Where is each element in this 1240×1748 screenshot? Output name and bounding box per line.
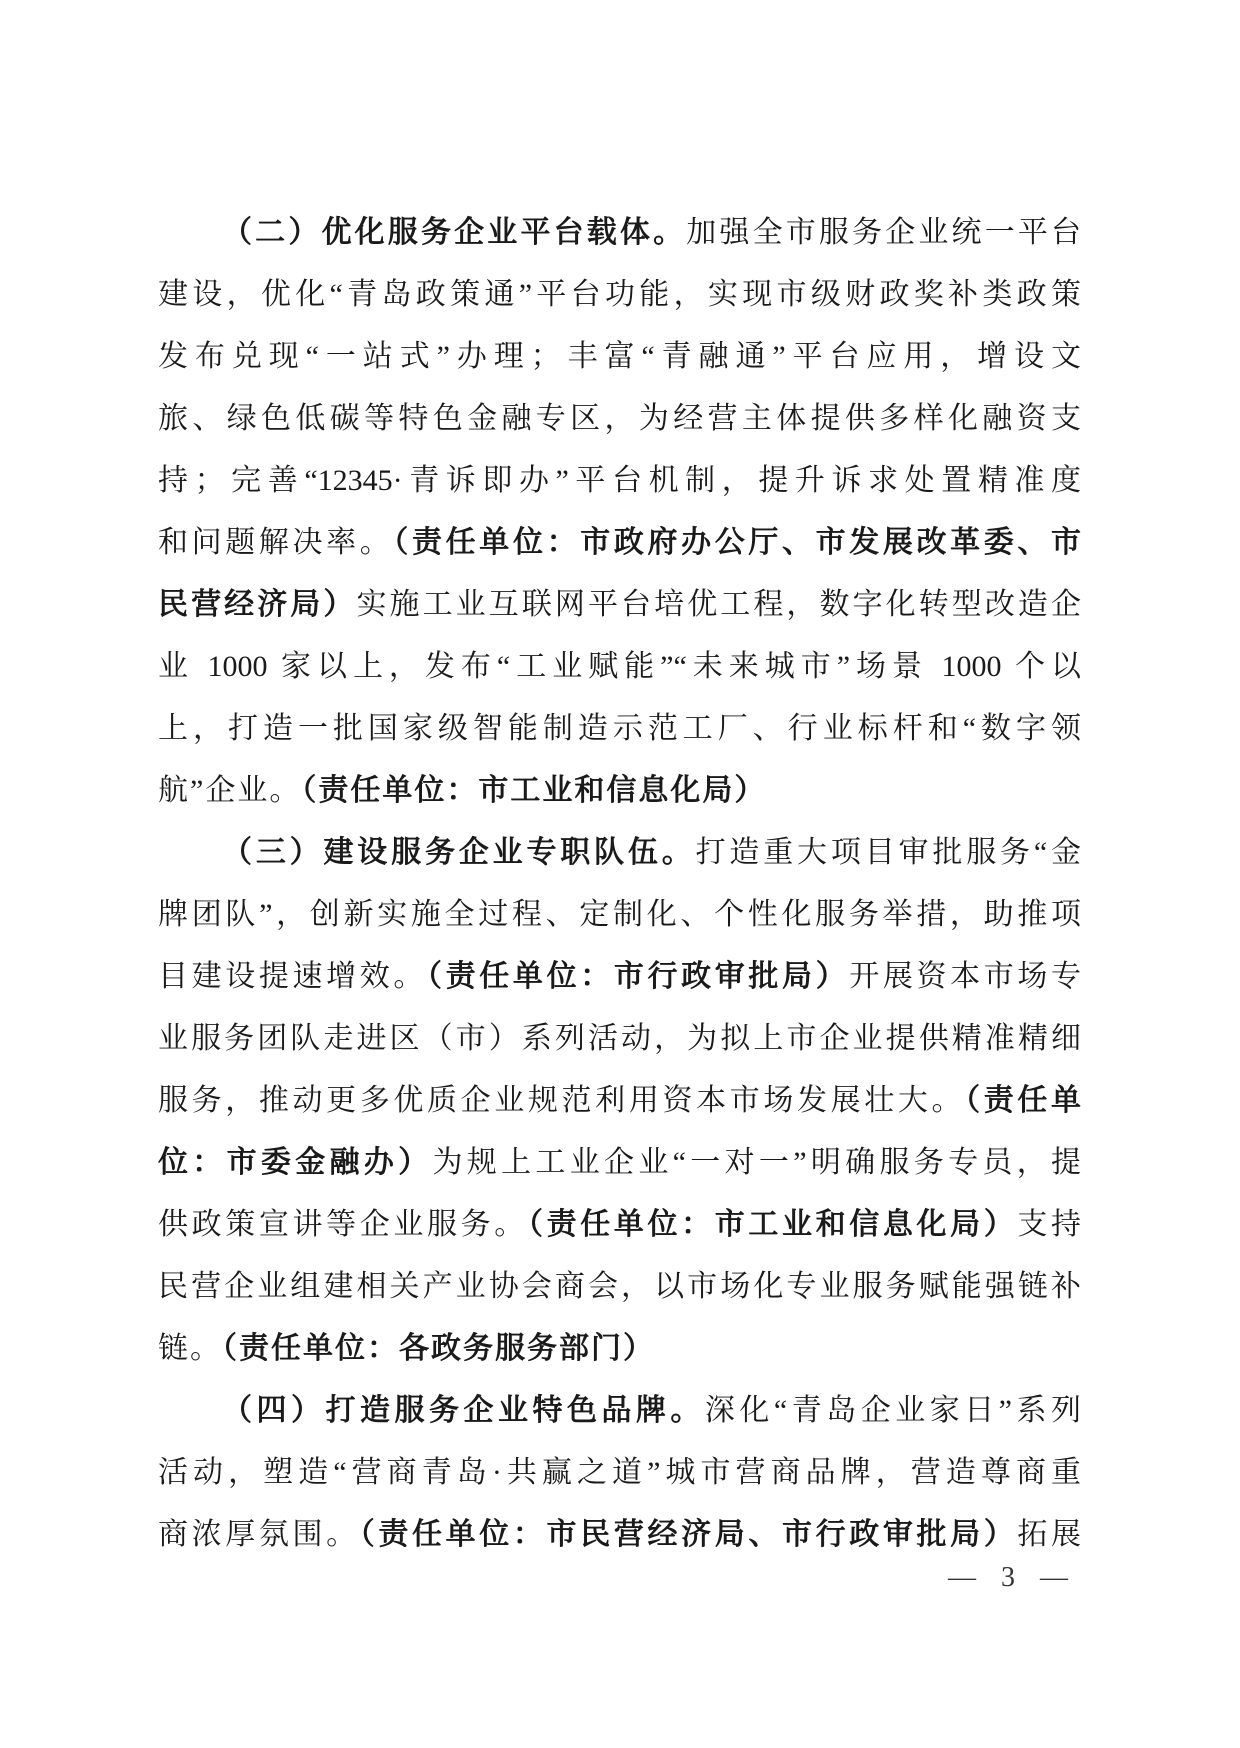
document-line: 上，打造一批国家级智能制造示范工厂、行业标杆和“数字领 bbox=[158, 698, 1081, 760]
body-text-run: 打造重大项目审批服务“金 bbox=[696, 836, 1081, 869]
document-line: 供政策宣讲等企业服务。（责任单位：市工业和信息化局）支持 bbox=[158, 1194, 1081, 1256]
document-page: （二）优化服务企业平台载体。加强全市服务企业统一平台建设，优化“青岛政策通”平台… bbox=[0, 0, 1240, 1748]
document-line: 旅、绿色低碳等特色金融专区，为经营主体提供多样化融资支 bbox=[158, 388, 1081, 450]
document-line: 建设，优化“青岛政策通”平台功能，实现市级财政奖补类政策 bbox=[158, 264, 1081, 326]
body-text-run: 加强全市服务企业统一平台 bbox=[686, 216, 1081, 249]
emphasis-text-run: （责任单位：市工业和信息化局） bbox=[528, 1208, 1017, 1241]
emphasis-text-run: （责任单位：市政府办公厅、市发展改革委、市 bbox=[393, 526, 1081, 559]
body-text-run: 支持 bbox=[1017, 1208, 1081, 1241]
page-number: — 3 — bbox=[948, 1562, 1077, 1594]
emphasis-text-run: （责任单位：各政务服务部门） bbox=[222, 1332, 655, 1365]
paragraph-2: （二）优化服务企业平台载体。加强全市服务企业统一平台建设，优化“青岛政策通”平台… bbox=[158, 202, 1081, 822]
paragraph-3: （三）建设服务企业专职队伍。打造重大项目审批服务“金牌团队”，创新实施全过程、定… bbox=[158, 822, 1081, 1380]
document-body: （二）优化服务企业平台载体。加强全市服务企业统一平台建设，优化“青岛政策通”平台… bbox=[158, 202, 1081, 1566]
document-line: （二）优化服务企业平台载体。加强全市服务企业统一平台 bbox=[158, 202, 1081, 264]
document-line: 和问题解决率。（责任单位：市政府办公厅、市发展改革委、市 bbox=[158, 512, 1081, 574]
body-text-run: 发布兑现“一站式”办理；丰富“青融通”平台应用，增设文 bbox=[158, 340, 1081, 373]
document-line: 业 1000 家以上，发布“工业赋能”“未来城市”场景 1000 个以 bbox=[158, 636, 1081, 698]
emphasis-text-run: （责任单位：市行政审批局） bbox=[427, 960, 849, 993]
document-line: 发布兑现“一站式”办理；丰富“青融通”平台应用，增设文 bbox=[158, 326, 1081, 388]
body-text-run: 民营企业组建相关产业协会商会，以市场化专业服务赋能强链补 bbox=[158, 1270, 1081, 1303]
document-line: 业服务团队走进区（市）系列活动，为拟上市企业提供精准精细 bbox=[158, 1008, 1081, 1070]
body-text-run: 持；完善“12345·青诉即办”平台机制，提升诉求处置精准度 bbox=[158, 464, 1081, 497]
document-line: 持；完善“12345·青诉即办”平台机制，提升诉求处置精准度 bbox=[158, 450, 1081, 512]
body-text-run: 深化“青岛企业家日”系列 bbox=[705, 1394, 1081, 1427]
document-line: （四）打造服务企业特色品牌。深化“青岛企业家日”系列 bbox=[158, 1380, 1081, 1442]
document-line: 牌团队”，创新实施全过程、定制化、个性化服务举措，助推项 bbox=[158, 884, 1081, 946]
body-text-run: 拓展 bbox=[1017, 1518, 1081, 1551]
document-line: 航”企业。（责任单位：市工业和信息化局） bbox=[158, 760, 1081, 822]
document-line: 商浓厚氛围。（责任单位：市民营经济局、市行政审批局）拓展 bbox=[158, 1504, 1081, 1566]
document-line: 目建设提速增效。（责任单位：市行政审批局）开展资本市场专 bbox=[158, 946, 1081, 1008]
document-line: 民营企业组建相关产业协会商会，以市场化专业服务赋能强链补 bbox=[158, 1256, 1081, 1318]
document-line: （三）建设服务企业专职队伍。打造重大项目审批服务“金 bbox=[158, 822, 1081, 884]
body-text-run: 服务，推动更多优质企业规范利用资本市场发展壮大。 bbox=[158, 1084, 965, 1117]
body-text-run: 实施工业互联网平台培优工程，数字化转型改造企 bbox=[356, 588, 1081, 621]
document-line: 链。（责任单位：各政务服务部门） bbox=[158, 1318, 1081, 1380]
body-text-run: 业服务团队走进区（市）系列活动，为拟上市企业提供精准精细 bbox=[158, 1022, 1081, 1055]
body-text-run: 供政策宣讲等企业服务。 bbox=[158, 1208, 528, 1241]
body-text-run: 开展资本市场专 bbox=[849, 960, 1081, 993]
body-text-run: 旅、绿色低碳等特色金融专区，为经营主体提供多样化融资支 bbox=[158, 402, 1081, 435]
emphasis-text-run: （三）建设服务企业专职队伍。 bbox=[222, 836, 696, 869]
emphasis-text-run: 位：市委金融办） bbox=[158, 1146, 432, 1179]
document-line: 民营经济局）实施工业互联网平台培优工程，数字化转型改造企 bbox=[158, 574, 1081, 636]
body-text-run: 和问题解决率。 bbox=[158, 526, 393, 559]
body-text-run: 链。 bbox=[158, 1332, 222, 1365]
emphasis-text-run: （责任单位：市工业和信息化局） bbox=[301, 774, 766, 807]
paragraph-4: （四）打造服务企业特色品牌。深化“青岛企业家日”系列活动，塑造“营商青岛·共赢之… bbox=[158, 1380, 1081, 1566]
document-line: 服务，推动更多优质企业规范利用资本市场发展壮大。（责任单 bbox=[158, 1070, 1081, 1132]
emphasis-text-run: （四）打造服务企业特色品牌。 bbox=[222, 1394, 705, 1427]
body-text-run: 牌团队”，创新实施全过程、定制化、个性化服务举措，助推项 bbox=[158, 898, 1081, 931]
emphasis-text-run: （二）优化服务企业平台载体。 bbox=[222, 216, 686, 249]
emphasis-text-run: 民营经济局） bbox=[158, 588, 356, 621]
body-text-run: 商浓厚氛围。 bbox=[158, 1518, 360, 1551]
body-text-run: 为规上工业企业“一对一”明确服务专员，提 bbox=[432, 1146, 1081, 1179]
document-line: 活动，塑造“营商青岛·共赢之道”城市营商品牌，营造尊商重 bbox=[158, 1442, 1081, 1504]
emphasis-text-run: （责任单 bbox=[965, 1084, 1081, 1117]
body-text-run: 活动，塑造“营商青岛·共赢之道”城市营商品牌，营造尊商重 bbox=[158, 1456, 1081, 1489]
body-text-run: 目建设提速增效。 bbox=[158, 960, 427, 993]
body-text-run: 建设，优化“青岛政策通”平台功能，实现市级财政奖补类政策 bbox=[158, 278, 1081, 311]
emphasis-text-run: （责任单位：市民营经济局、市行政审批局） bbox=[360, 1518, 1018, 1551]
document-line: 位：市委金融办）为规上工业企业“一对一”明确服务专员，提 bbox=[158, 1132, 1081, 1194]
body-text-run: 上，打造一批国家级智能制造示范工厂、行业标杆和“数字领 bbox=[158, 712, 1081, 745]
body-text-run: 航”企业。 bbox=[158, 774, 301, 807]
body-text-run: 业 1000 家以上，发布“工业赋能”“未来城市”场景 1000 个以 bbox=[158, 650, 1081, 683]
